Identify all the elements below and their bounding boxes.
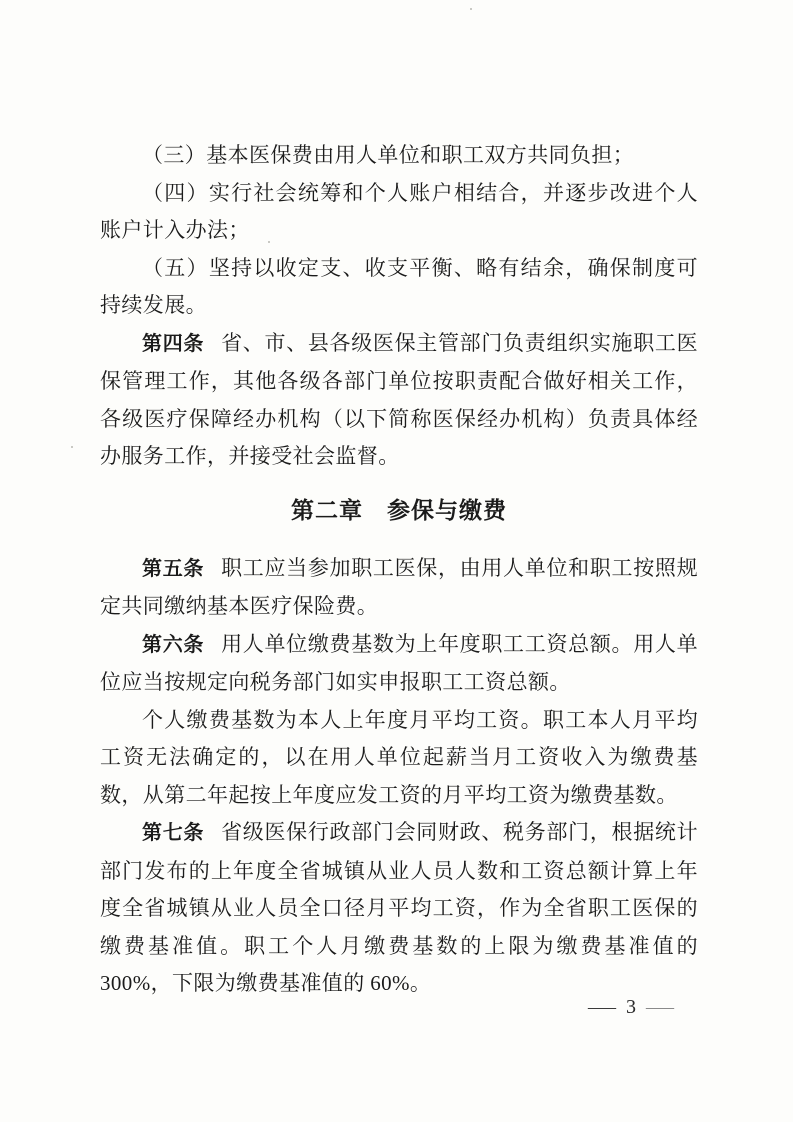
article-7-label: 第七条 (142, 822, 204, 844)
article-6-paragraph-2: 个人缴费基数为本人上年度月平均工资。职工本人月平均工资无法确定的，以在用人单位起… (100, 702, 698, 815)
document-page: （三）基本医保费由用人单位和职工双方共同负担； （四）实行社会统筹和个人账户相结… (0, 0, 793, 1122)
clause-text: （四）实行社会统筹和个人账户相结合，并逐步改进个人账户计入办法； (100, 181, 698, 243)
footer-right-dash: — (646, 996, 674, 1019)
page-number: 3 (626, 996, 636, 1019)
clause-text: （三）基本医保费由用人单位和职工双方共同负担； (142, 143, 634, 167)
article-7-text: 省级医保行政部门会同财政、税务部门，根据统计部门发布的上年度全省城镇从业人员人数… (100, 820, 698, 995)
article-5-label: 第五条 (142, 558, 204, 580)
article-6: 第六条用人单位缴费基数为上年度职工工资总额。用人单位应当按规定向税务部门如实申报… (100, 626, 698, 702)
article-4-label: 第四条 (142, 333, 204, 355)
article-5: 第五条职工应当参加职工医保，由用人单位和职工按照规定共同缴纳基本医疗保险费。 (100, 550, 698, 626)
article-6-label: 第六条 (142, 634, 204, 656)
scan-speck (268, 241, 270, 243)
page-footer: — 3 — (592, 996, 670, 1019)
clause-item-4: （四）实行社会统筹和个人账户相结合，并逐步改进个人账户计入办法； (100, 175, 698, 250)
document-body: （三）基本医保费由用人单位和职工双方共同负担； （四）实行社会统筹和个人账户相结… (100, 137, 698, 1003)
article-7: 第七条省级医保行政部门会同财政、税务部门，根据统计部门发布的上年度全省城镇从业人… (100, 814, 698, 1003)
footer-left-dash: — (588, 996, 616, 1019)
clause-item-5: （五）坚持以收定支、收支平衡、略有结余，确保制度可持续发展。 (100, 250, 698, 325)
article-6-paragraph-2-text: 个人缴费基数为本人上年度月平均工资。职工本人月平均工资无法确定的，以在用人单位起… (100, 708, 698, 807)
scan-speck (71, 446, 73, 448)
article-4: 第四条省、市、县各级医保主管部门负责组织实施职工医保管理工作，其他各级各部门单位… (100, 325, 698, 476)
clause-text: （五）坚持以收定支、收支平衡、略有结余，确保制度可持续发展。 (100, 256, 698, 318)
chapter-2-heading: 第二章 参保与缴费 (100, 490, 698, 530)
clause-item-3: （三）基本医保费由用人单位和职工双方共同负担； (100, 137, 698, 175)
scan-speck (470, 8, 472, 10)
